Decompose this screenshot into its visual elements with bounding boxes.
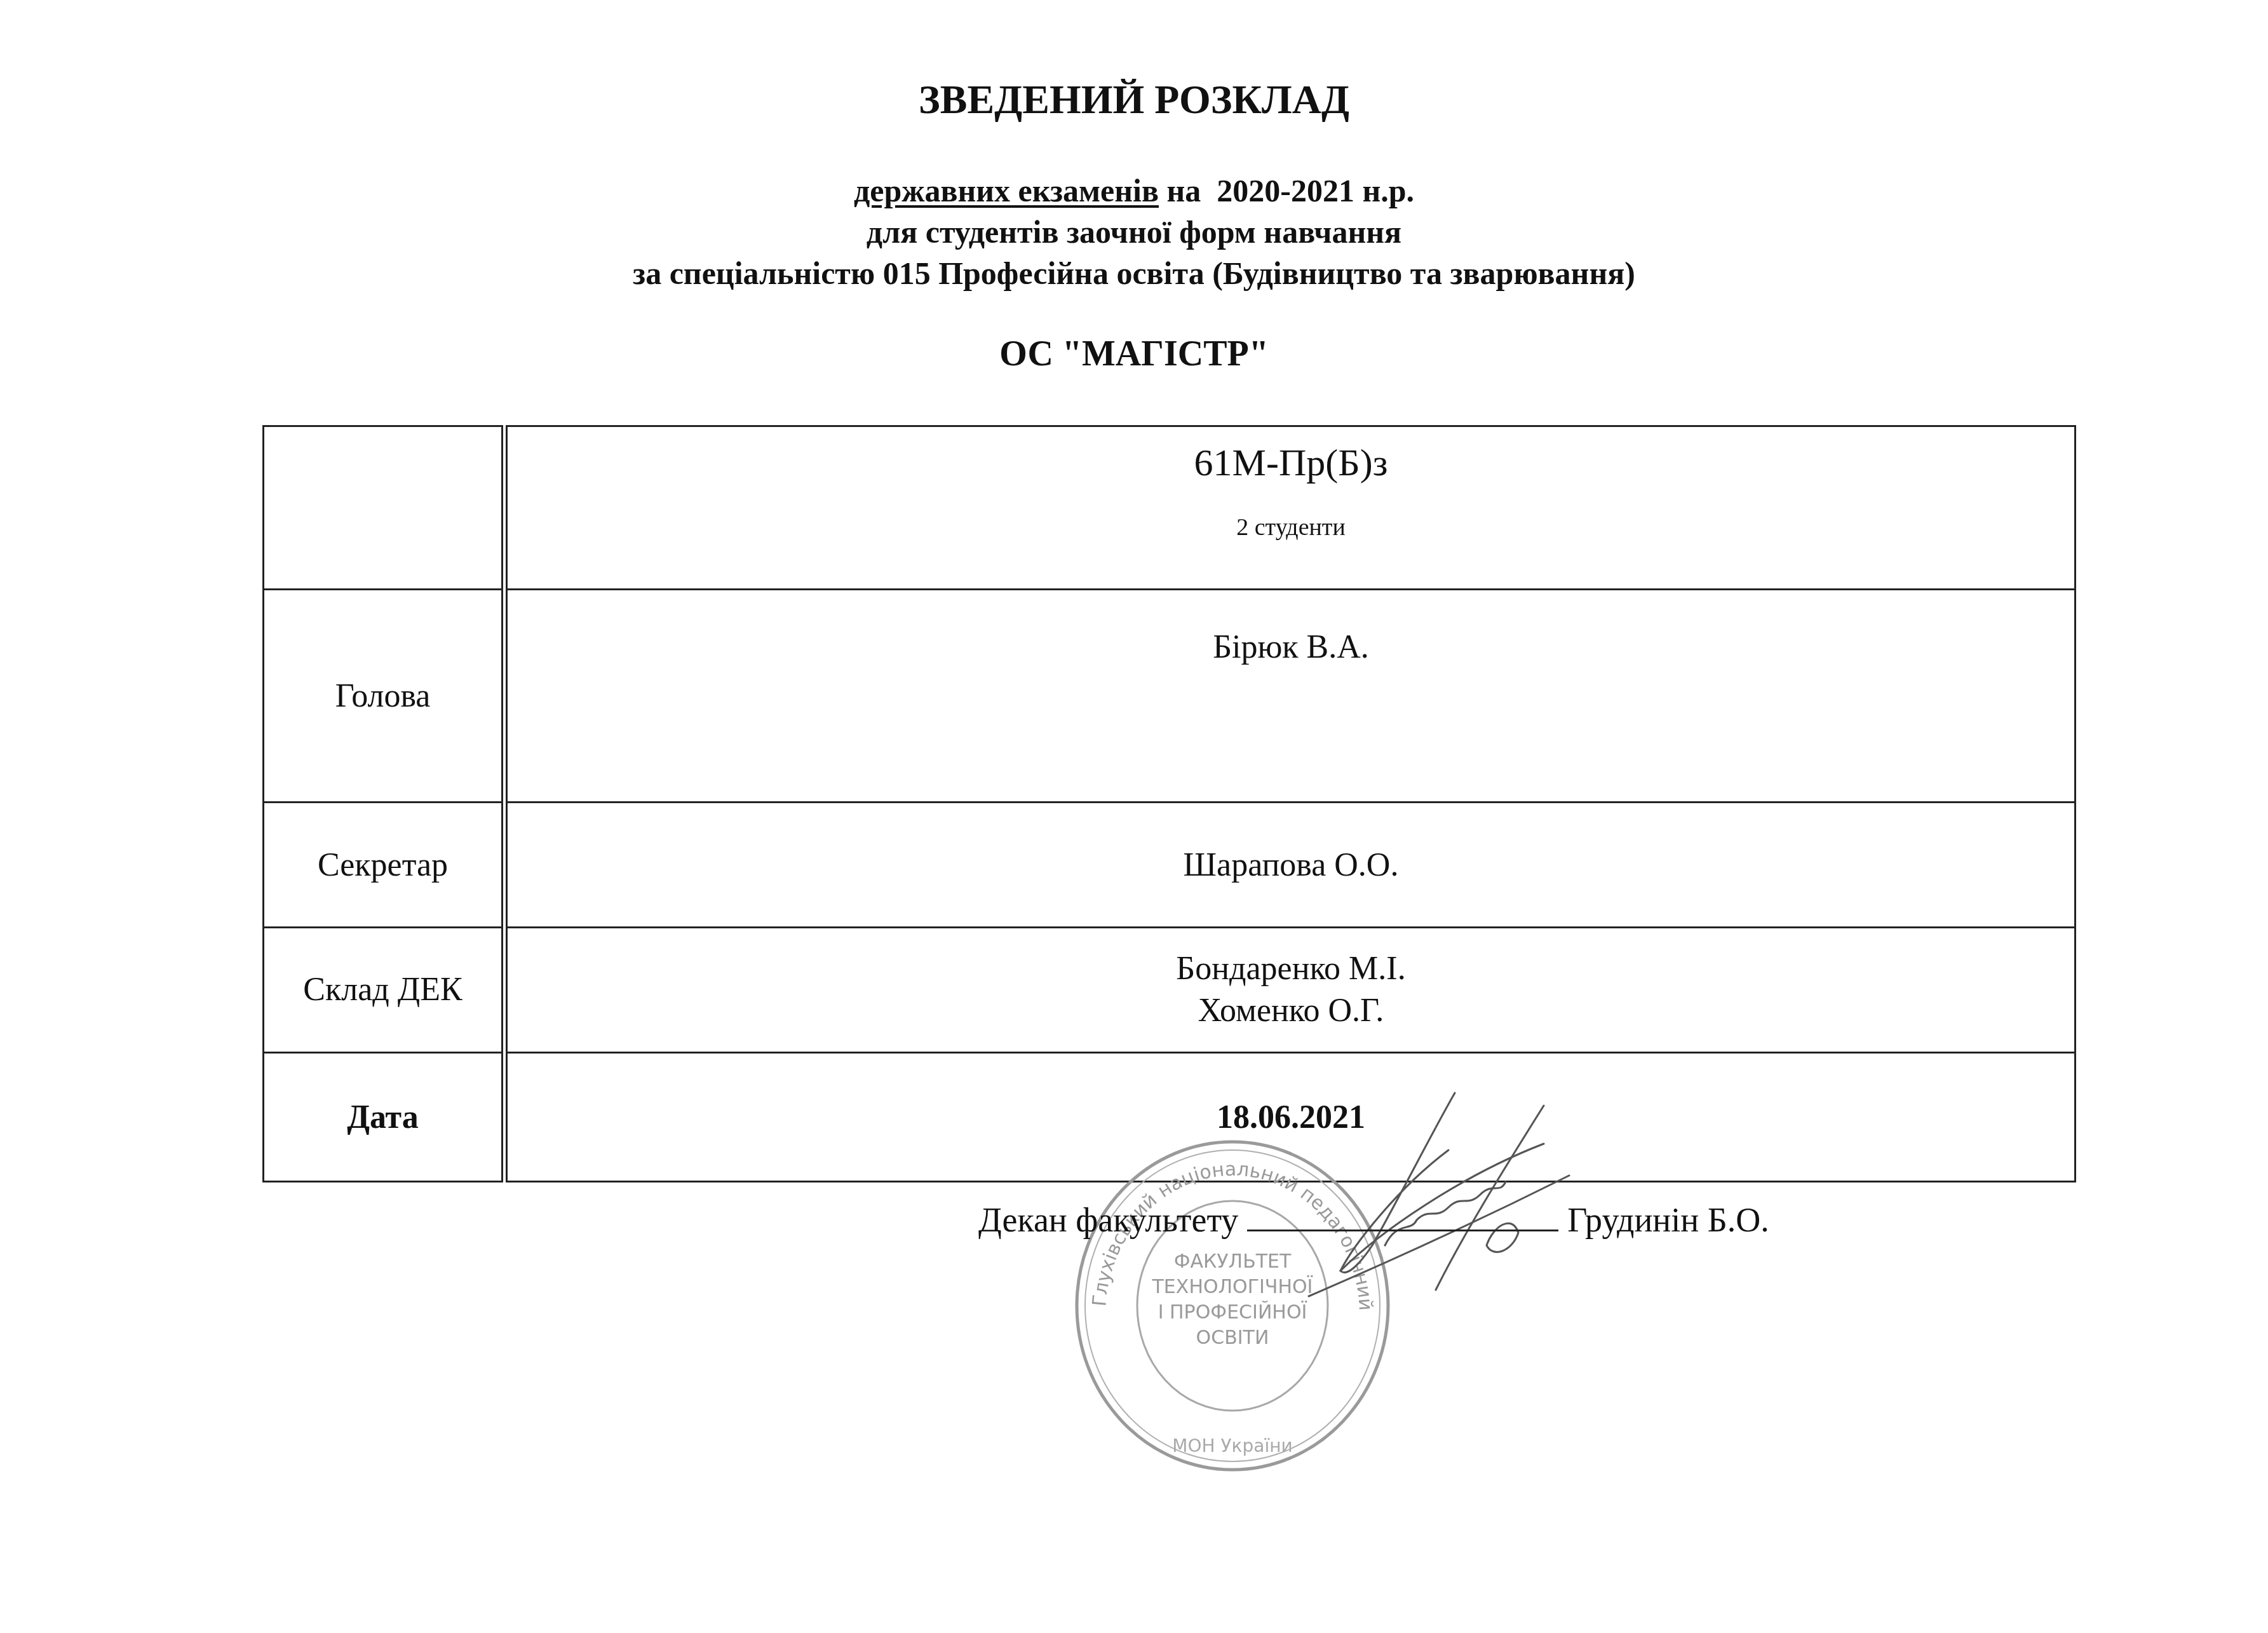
- subtitle-line-2: для студентів заочної форм навчання: [0, 213, 2268, 251]
- chair-value: Бірюк В.А.: [504, 590, 2076, 803]
- dean-position: Декан факультету: [978, 1201, 1238, 1239]
- secretary-value: Шарапова О.О.: [504, 803, 2076, 928]
- svg-text:ОСВІТИ: ОСВІТИ: [1196, 1327, 1269, 1349]
- subtitle-line-1: державних екзаменів на 2020-2021 н.р.: [0, 172, 2268, 210]
- commission-member: Хоменко О.Г.: [508, 990, 2074, 1032]
- table-row: Секретар Шарапова О.О.: [264, 803, 2076, 928]
- table-row: Голова Бірюк В.А.: [264, 590, 2076, 803]
- commission-value: Бондаренко М.І. Хоменко О.Г.: [504, 928, 2076, 1053]
- academic-year: на 2020-2021 н.р.: [1159, 173, 1414, 208]
- signature-blank: [1247, 1198, 1558, 1231]
- exam-type: державних екзаменів: [854, 173, 1159, 208]
- row-label-date: Дата: [264, 1053, 505, 1182]
- student-count: 2 студенти: [508, 513, 2074, 541]
- svg-text:І ПРОФЕСІЙНОЇ: І ПРОФЕСІЙНОЇ: [1158, 1301, 1307, 1324]
- schedule-table: 61М-Пр(Б)з 2 студенти Голова Бірюк В.А. …: [262, 425, 2076, 1182]
- table-header-row: 61М-Пр(Б)з 2 студенти: [264, 426, 2076, 590]
- subtitle-line-3: за спеціальністю 015 Професійна освіта (…: [0, 254, 2268, 292]
- row-label-commission: Склад ДЕК: [264, 928, 505, 1053]
- table-row: Склад ДЕК Бондаренко М.І. Хоменко О.Г.: [264, 928, 2076, 1053]
- group-name: 61М-Пр(Б)з: [508, 437, 2074, 488]
- row-label-chair: Голова: [264, 590, 505, 803]
- dean-signature-line: Декан факультетуГрудинін Б.О.: [978, 1198, 1769, 1240]
- row-label-secretary: Секретар: [264, 803, 505, 928]
- svg-text:ФАКУЛЬТЕТ: ФАКУЛЬТЕТ: [1174, 1250, 1292, 1273]
- svg-text:МОН України: МОН України: [1172, 1435, 1292, 1456]
- empty-header-cell: [264, 426, 505, 590]
- svg-text:ТЕХНОЛОГІЧНОЇ: ТЕХНОЛОГІЧНОЇ: [1152, 1275, 1313, 1298]
- group-cell: 61М-Пр(Б)з 2 студенти: [504, 426, 2076, 590]
- commission-member: Бондаренко М.І.: [508, 948, 2074, 990]
- document-title: ЗВЕДЕНИЙ РОЗКЛАД: [0, 76, 2268, 123]
- degree-level: ОС "МАГІСТР": [0, 334, 2268, 374]
- dean-name: Грудинін Б.О.: [1567, 1201, 1769, 1239]
